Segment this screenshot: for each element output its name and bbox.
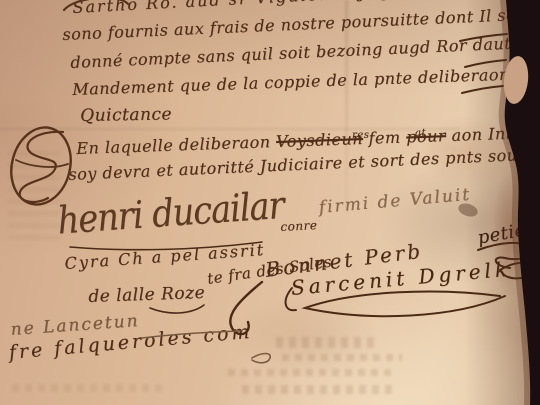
manuscript-photo: Sartho Ro. aud sr Viguier & Juge sono fo… [0, 0, 540, 405]
torn-edge-layer [0, 0, 540, 405]
